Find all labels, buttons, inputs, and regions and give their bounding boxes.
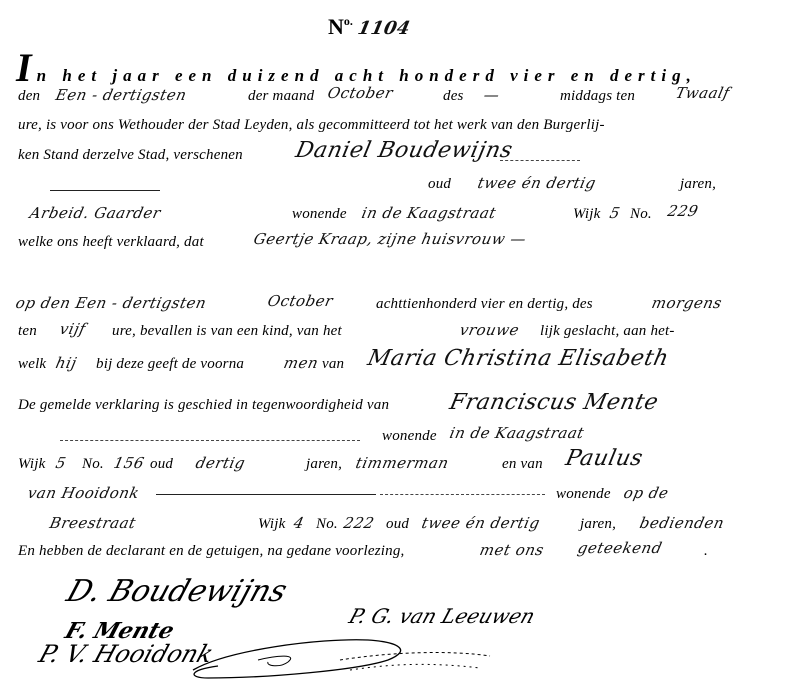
label-welk: welk <box>18 356 46 373</box>
register-number-value: 1104 <box>356 18 413 39</box>
signed-field: geteekend <box>576 539 664 557</box>
witness2-occupation-field: bedienden <box>638 514 726 532</box>
label-wonende-2: wonende <box>382 428 437 445</box>
declarant-street-field: in de Kaagstraat <box>360 204 498 222</box>
child-name-field: Maria Christina Elisabeth <box>365 346 671 371</box>
label-getuigen: De gemelde verklaring is geschied in teg… <box>18 397 389 414</box>
label-geslacht: lijk geslacht, aan het- <box>540 323 675 340</box>
witness2-house-no-field: 222 <box>342 514 376 532</box>
label-no-2: No. <box>82 456 104 473</box>
fill-line <box>380 494 545 495</box>
declarant-house-no-field: 229 <box>666 202 700 220</box>
label-oud-2: oud <box>150 456 173 473</box>
signature-declarant: D. Boudewijns <box>62 574 291 609</box>
register-number: No. 1104 <box>328 14 411 40</box>
month-field: October <box>326 84 395 102</box>
voornamen-suffix: men <box>282 354 320 372</box>
label-verschenen: ken Stand derzelve Stad, verschenen <box>18 147 243 164</box>
label-wijk: Wijk <box>573 206 600 223</box>
sex-field: vrouwe <box>458 321 521 339</box>
witness1-occupation-field: timmerman <box>354 454 450 472</box>
day-field: Een - dertigsten <box>54 86 188 104</box>
signature-flourish-2 <box>330 650 510 680</box>
birth-hour-field: vijf <box>58 320 87 338</box>
birth-day-field: op den Een - dertigsten <box>14 294 208 312</box>
witness2-street-prefix-field: op de <box>622 484 670 502</box>
declarant-occupation-field: Arbeid. Gaarder <box>28 204 162 222</box>
official-line: ure, is voor ons Wethouder der Stad Leyd… <box>18 117 605 134</box>
signature-official: P. G. van Leeuwen <box>346 604 538 628</box>
label-oud: oud <box>428 176 451 193</box>
label-no-3: No. <box>316 516 338 533</box>
witness1-name-field: Franciscus Mente <box>447 390 660 415</box>
label-wonende: wonende <box>292 206 347 223</box>
label-verklaard: welke ons heeft verklaard, dat <box>18 234 204 251</box>
closing-period: . <box>704 543 708 560</box>
label-des: des <box>443 88 464 105</box>
witness1-house-no-field: 156 <box>112 454 146 472</box>
witness2-surname-field: van Hooidonk <box>26 484 141 502</box>
label-middags-ten: middags ten <box>560 88 635 105</box>
label-voornamen: bij deze geeft de voorna <box>96 356 244 373</box>
label-ten: ten <box>18 323 37 340</box>
number-label: N <box>328 14 344 39</box>
witness2-age-field: twee én dertig <box>420 514 542 532</box>
label-en-van: en van <box>502 456 543 473</box>
declarant-wijk-field: 5 <box>608 204 622 222</box>
fill-line <box>500 160 580 161</box>
label-no: No. <box>630 206 652 223</box>
witness1-street-field: in de Kaagstraat <box>448 424 586 442</box>
label-den: den <box>18 88 40 104</box>
label-wonende-3: wonende <box>556 486 611 503</box>
witness1-age-field: dertig <box>194 454 247 472</box>
witness2-wijk-field: 4 <box>292 514 306 532</box>
label-jaren-3: jaren, <box>580 516 616 533</box>
label-van: van <box>322 356 344 373</box>
witness2-street-field: Breestraat <box>48 514 138 532</box>
label-wijk-2: Wijk <box>18 456 45 473</box>
signed-with-field: met ons <box>478 541 546 559</box>
label-der-maand: der maand <box>248 88 314 105</box>
daypart-field: — <box>482 86 501 104</box>
hour-field: Twaalf <box>674 84 731 102</box>
pronoun-field: hij <box>54 354 78 372</box>
fill-line <box>50 190 160 191</box>
witness2-first-name-field: Paulus <box>563 446 645 471</box>
label-jaren-2: jaren, <box>306 456 342 473</box>
dropcap-letter: I <box>16 45 32 90</box>
label-bevallen: ure, bevallen is van een kind, van het <box>112 323 342 340</box>
opening-text: n het jaar een duizend acht honderd vier… <box>37 66 697 85</box>
label-jaren: jaren, <box>680 176 716 193</box>
label-wijk-3: Wijk <box>258 516 285 533</box>
declarant-name-field: Daniel Boudewijns <box>293 138 515 163</box>
label-year-des: achttienhonderd vier en dertig, des <box>376 296 593 313</box>
witness1-wijk-field: 5 <box>54 454 68 472</box>
closing-statement: En hebben de declarant en de getuigen, n… <box>18 543 404 560</box>
fill-line <box>60 440 360 441</box>
declarant-age-field: twee én dertig <box>476 174 598 192</box>
birth-daypart-field: morgens <box>650 294 724 312</box>
birth-month-field: October <box>266 292 335 310</box>
date-line: den <box>18 88 40 105</box>
fill-line <box>156 494 376 495</box>
mother-name-field: Geertje Kraap, zijne huisvrouw — <box>252 230 528 248</box>
number-sup: o. <box>344 14 353 28</box>
label-oud-3: oud <box>386 516 409 533</box>
